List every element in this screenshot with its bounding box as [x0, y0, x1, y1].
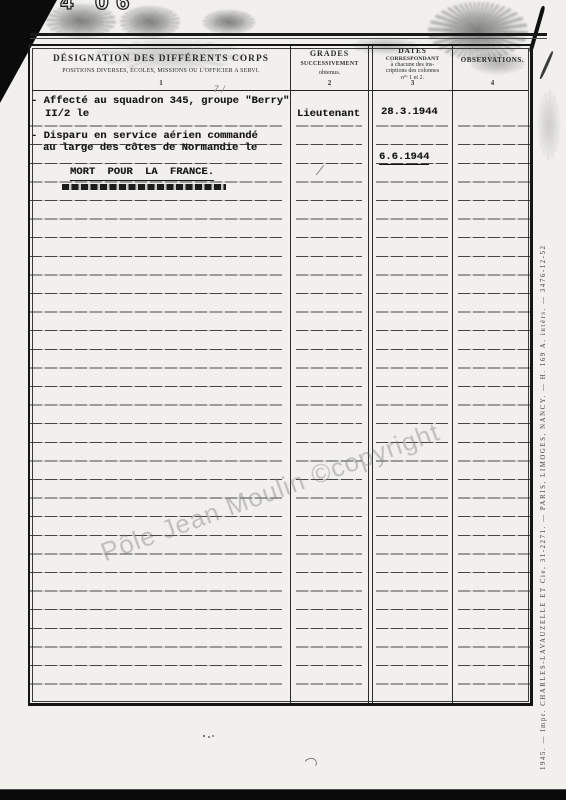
column2-number: 2	[291, 80, 368, 88]
entry-mention-mort-pour-la-france: MORT POUR LA FRANCE.	[70, 166, 214, 181]
column1-number: 1	[32, 80, 290, 88]
column2-subtitle: SUCCESSIVEMENT	[291, 61, 368, 67]
pencil-mark: 7 /	[212, 85, 226, 95]
column-header-grades: GRADES SUCCESSIVEMENT obtenus. 2	[291, 44, 368, 76]
column2-title: GRADES	[291, 50, 368, 59]
ruled-lines-col2	[296, 108, 362, 697]
column-separator	[372, 46, 373, 703]
entry-affectation-line1: - Affecté au squadron 345, groupe "Berry…	[31, 95, 289, 107]
top-rule	[30, 38, 547, 39]
column-header-observations: OBSERVATIONS. 4	[453, 44, 532, 65]
column4-number: 4	[453, 80, 532, 88]
column1-subtitle: POSITIONS DIVERSES, ÉCOLES, MISSIONS OU …	[32, 68, 290, 74]
top-rule	[30, 33, 547, 36]
column3-title: DATES	[373, 47, 452, 55]
column1-title: DÉSIGNATION DES DIFFÉRENTS CORPS	[32, 54, 290, 64]
printer-imprint-vertical: 1945. — Impr. CHARLES-LAVAUZELLE ET Cie,…	[540, 55, 547, 770]
entry-date-affectation: 28.3.1944	[381, 106, 438, 118]
column-header-designation: DÉSIGNATION DES DIFFÉRENTS CORPS POSITIO…	[32, 44, 290, 74]
ruled-lines-col4	[458, 108, 530, 697]
column3-number: 3	[373, 80, 452, 88]
scan-specks	[203, 735, 205, 737]
entry-affectation-line2: II/2 le	[45, 108, 89, 120]
scan-bottom-edge	[0, 789, 566, 800]
column-header-dates: DATES CORRESPONDANT à chacune des ins- c…	[373, 44, 452, 81]
column-separator	[452, 46, 453, 703]
entry-grade: Lieutenant	[297, 108, 360, 120]
column2-subtitle2: obtenus.	[291, 69, 368, 76]
ruled-lines-col3	[376, 108, 448, 697]
column-separator	[368, 46, 369, 703]
column-separator	[290, 46, 291, 703]
ruled-lines-col1	[30, 108, 282, 697]
column4-title: OBSERVATIONS.	[453, 57, 532, 65]
scanned-record-page: 4 06 DÉSIGNATION DES DIFFÉRENTS CORPS PO…	[0, 0, 566, 800]
entry-disparition-line2: au large des côtes de Normandie le	[43, 142, 257, 154]
header-separator-line	[32, 90, 528, 91]
pencil-arc-mark	[303, 757, 318, 771]
entry-disparition-line1: - Disparu en service aérien commandé	[31, 130, 258, 142]
ink-smudge	[203, 10, 255, 34]
typed-hatch-underline	[62, 184, 226, 190]
entry-date-disparition: 6.6.1944	[379, 151, 429, 165]
